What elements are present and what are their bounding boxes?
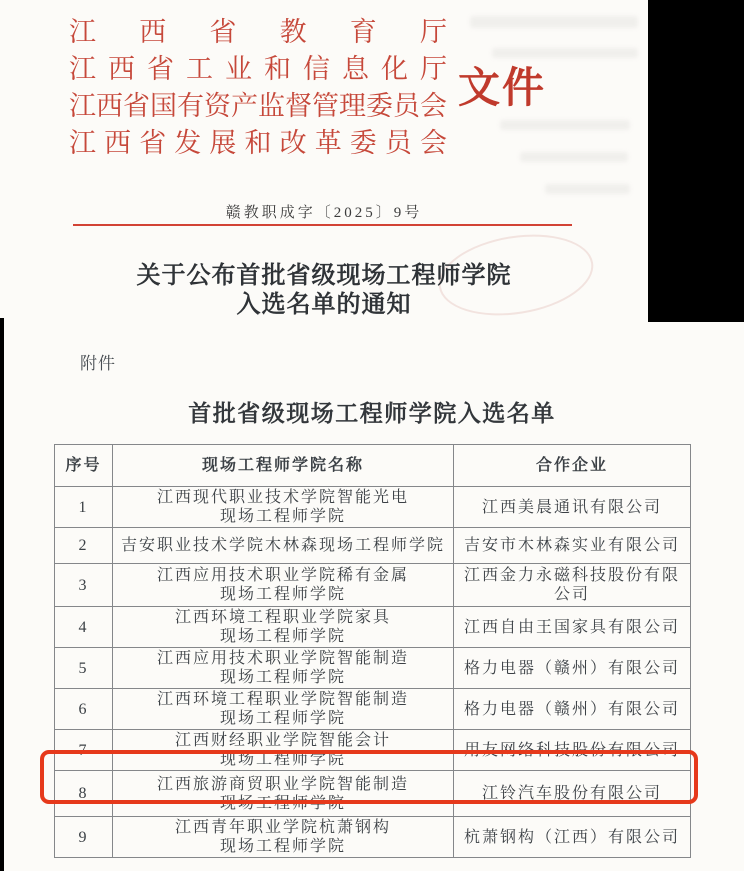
doc-type-label: 文件 xyxy=(458,66,546,112)
cell-company: 杭萧钢构（江西）有限公司 xyxy=(454,817,691,858)
cell-number: 7 xyxy=(55,730,113,771)
column-header-number: 序号 xyxy=(55,445,113,487)
cell-company: 格力电器（赣州）有限公司 xyxy=(454,689,691,730)
cell-company: 江西自由王国家具有限公司 xyxy=(454,607,691,648)
cell-company: 江铃汽车股份有限公司 xyxy=(454,771,691,817)
doc-number: 赣教职成字〔2025〕9号 xyxy=(0,201,648,222)
cell-college: 江西现代职业技术学院智能光电 现场工程师学院 xyxy=(113,487,454,528)
letterhead-agency-line-3: 江西省国有资产监督管理委员会 xyxy=(69,88,447,125)
cell-college: 吉安职业技术学院木林森现场工程师学院 xyxy=(113,528,454,564)
cell-college: 江西财经职业学院智能会计 现场工程师学院 xyxy=(113,730,454,771)
table-row: 5 江西应用技术职业学院智能制造 现场工程师学院 格力电器（赣州）有限公司 xyxy=(55,648,691,689)
table-row: 6 江西环境工程职业学院智能制造 现场工程师学院 格力电器（赣州）有限公司 xyxy=(55,689,691,730)
cell-number: 2 xyxy=(55,528,113,564)
letterhead-agency-line-1: 江西省教育厅 xyxy=(69,14,447,51)
cell-company: 格力电器（赣州）有限公司 xyxy=(454,648,691,689)
cell-number: 9 xyxy=(55,817,113,858)
cell-number: 8 xyxy=(55,771,113,817)
letterhead-divider-line xyxy=(73,224,572,226)
letterhead: 江西省教育厅 江西省工业和信息化厅 江西省国有资产监督管理委员会 江西省发展和改… xyxy=(69,14,447,162)
table-row-highlighted: 8 江西旅游商贸职业学院智能制造 现场工程师学院 江铃汽车股份有限公司 xyxy=(55,771,691,817)
notice-title: 关于公布首批省级现场工程师学院 入选名单的通知 xyxy=(0,262,648,320)
table-row: 4 江西环境工程职业学院家具 现场工程师学院 江西自由王国家具有限公司 xyxy=(55,607,691,648)
scan-black-margin-top-right xyxy=(648,0,744,322)
cell-company: 江西美晨通讯有限公司 xyxy=(454,487,691,528)
cell-college: 江西环境工程职业学院智能制造 现场工程师学院 xyxy=(113,689,454,730)
bleedthrough-artifact xyxy=(545,184,630,194)
bleedthrough-artifact xyxy=(492,48,638,58)
letterhead-agency-line-2: 江西省工业和信息化厅 xyxy=(69,51,447,88)
cell-college: 江西旅游商贸职业学院智能制造 现场工程师学院 xyxy=(113,771,454,817)
cell-number: 1 xyxy=(55,487,113,528)
bleedthrough-artifact xyxy=(470,16,638,28)
cell-company: 用友网络科技股份有限公司 xyxy=(454,730,691,771)
cell-college: 江西应用技术职业学院稀有金属 现场工程师学院 xyxy=(113,564,454,607)
cell-number: 6 xyxy=(55,689,113,730)
scan-black-margin-left xyxy=(0,318,4,871)
roster-table-title: 首批省级现场工程师学院入选名单 xyxy=(52,395,692,428)
table-row: 1 江西现代职业技术学院智能光电 现场工程师学院 江西美晨通讯有限公司 xyxy=(55,487,691,528)
table-header-row: 序号 现场工程师学院名称 合作企业 xyxy=(55,445,691,487)
table-row: 7 江西财经职业学院智能会计 现场工程师学院 用友网络科技股份有限公司 xyxy=(55,730,691,771)
cell-number: 5 xyxy=(55,648,113,689)
scanned-document-page: 江西省教育厅 江西省工业和信息化厅 江西省国有资产监督管理委员会 江西省发展和改… xyxy=(0,0,744,871)
bleedthrough-artifact xyxy=(520,152,628,162)
cell-college: 江西应用技术职业学院智能制造 现场工程师学院 xyxy=(113,648,454,689)
letterhead-agency-line-4: 江西省发展和改革委员会 xyxy=(69,125,447,162)
column-header-company: 合作企业 xyxy=(454,445,691,487)
bleedthrough-artifact xyxy=(500,120,630,130)
cell-company: 江西金力永磁科技股份有限公司 xyxy=(454,564,691,607)
cell-number: 3 xyxy=(55,564,113,607)
column-header-college: 现场工程师学院名称 xyxy=(113,445,454,487)
cell-number: 4 xyxy=(55,607,113,648)
roster-table: 序号 现场工程师学院名称 合作企业 1 江西现代职业技术学院智能光电 现场工程师… xyxy=(54,444,691,858)
cell-college: 江西青年职业学院杭萧钢构 现场工程师学院 xyxy=(113,817,454,858)
cell-college: 江西环境工程职业学院家具 现场工程师学院 xyxy=(113,607,454,648)
table-row: 9 江西青年职业学院杭萧钢构 现场工程师学院 杭萧钢构（江西）有限公司 xyxy=(55,817,691,858)
table-row: 3 江西应用技术职业学院稀有金属 现场工程师学院 江西金力永磁科技股份有限公司 xyxy=(55,564,691,607)
cell-company: 吉安市木林森实业有限公司 xyxy=(454,528,691,564)
attachment-label: 附件 xyxy=(80,349,116,374)
table-row: 2 吉安职业技术学院木林森现场工程师学院 吉安市木林森实业有限公司 xyxy=(55,528,691,564)
